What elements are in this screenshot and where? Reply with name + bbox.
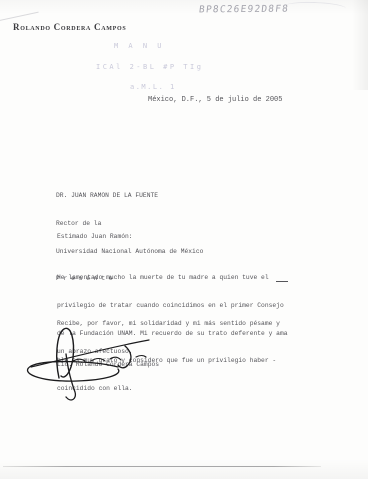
recipient-line-title: Rector de la [56, 219, 203, 228]
stamp-line-1: M A N U [114, 42, 165, 50]
date-line: México, D.F., 5 de julio de 2005 [148, 96, 282, 104]
stamp-line-2: ICAl 2-BL #P TIg [96, 63, 203, 71]
letterhead-name: Rolando Cordera Campos [13, 22, 126, 32]
scanned-letter-page: Rolando Cordera Campos BP8C26E92D8F8 M A… [0, 0, 368, 479]
scan-edge-shadow [352, 0, 368, 90]
scan-artifact-top-right [284, 1, 346, 14]
body-line: He lamentado mucho la muerte de tu madre… [57, 273, 288, 282]
signature-scrawl [15, 326, 215, 418]
recipient-line-name: DR. JUAN RAMON DE LA FUENTE [56, 191, 203, 200]
stamp-line-3: a.M.L. 1 [130, 83, 176, 91]
scan-artifact-top-left [0, 12, 39, 22]
handwritten-reference-code: BP8C26E92D8F8 [198, 4, 289, 16]
scan-fold-line-bottom [3, 466, 321, 467]
hyphenation-underline [276, 281, 288, 282]
salutation: Estimado Juan Ramón: [57, 233, 133, 240]
